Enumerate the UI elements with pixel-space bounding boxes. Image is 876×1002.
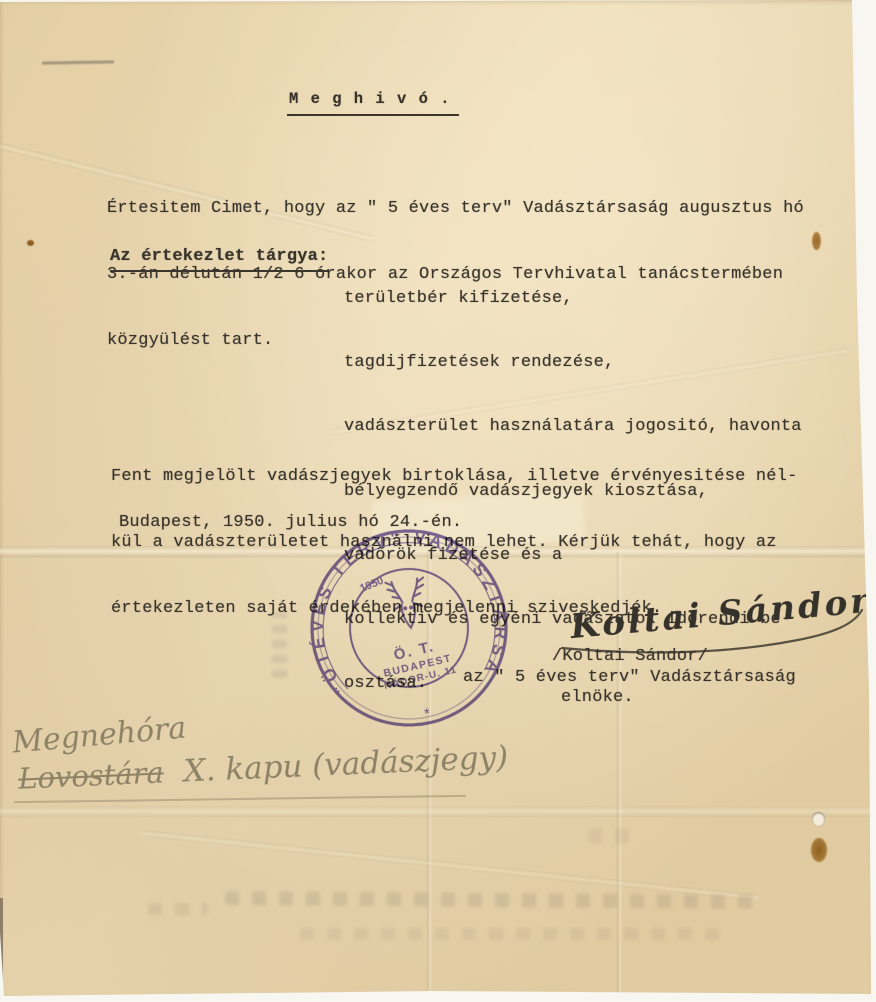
stain — [27, 240, 34, 246]
stamp-outer-ring-inner-line — [306, 525, 512, 731]
stain — [811, 838, 827, 862]
pencil-underline — [14, 795, 466, 803]
signature-typed-name: /Koltai Sándor/ — [552, 646, 708, 668]
agenda-item: területbér kifizetése, — [344, 289, 802, 309]
stamp-separator-star: * — [423, 705, 431, 723]
paper-edge-shadow — [0, 898, 3, 994]
signature-role-line: elnöke. — [561, 687, 634, 709]
rubber-stamp: "ÖTÉVES TERV" VADÁSZTÁRSASÁG * 1950 Ö. T… — [289, 508, 528, 747]
stamp-address-block: Ö. T. BUDAPEST NÁDOR-U. 11 — [376, 634, 458, 692]
letter-title: M e g h i v ó . — [287, 88, 459, 116]
pencil-smudge — [42, 60, 114, 64]
stag-head-icon — [385, 578, 429, 631]
fold-crease — [0, 806, 876, 818]
pencil-note-line1: Megnehóra — [11, 710, 188, 760]
document-line: Fent megjelölt vadászjegyek birtoklása, … — [111, 466, 798, 488]
bleedthrough-mark — [300, 928, 720, 940]
pencil-note-line2-rest: X. kapu (vadászjegy) — [183, 739, 509, 789]
stamp-outer-ring — [299, 518, 518, 737]
document-line: Értesitem Cimet, hogy az " 5 éves terv" … — [107, 198, 804, 220]
pencil-strikethrough-word: Lovostára — [17, 755, 164, 795]
agenda-label: Az értekezlet tárgya: — [110, 246, 328, 272]
bleedthrough-mark — [588, 828, 630, 843]
bleedthrough-mark — [148, 903, 208, 915]
document-paper: M e g h i v ó . Értesitem Cimet, hogy az… — [0, 0, 876, 1002]
stamp-year: 1950 — [358, 575, 385, 595]
agenda-item: tagdijfizetések rendezése, — [344, 353, 802, 373]
punch-hole — [812, 812, 825, 826]
bleedthrough-mark — [225, 891, 765, 909]
stain — [812, 232, 821, 250]
